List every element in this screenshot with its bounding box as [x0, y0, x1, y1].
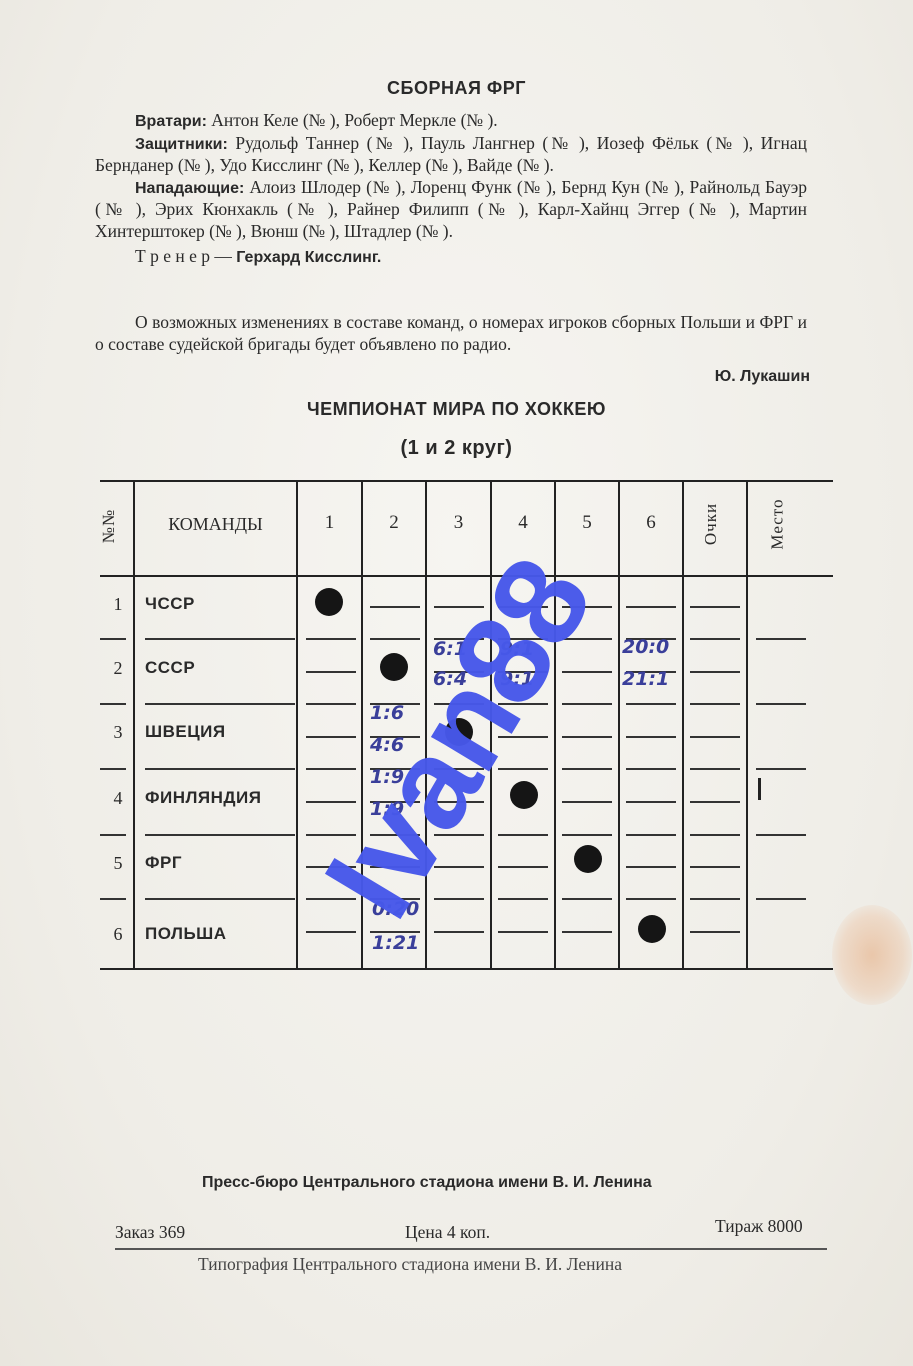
header-col-1: 1 — [298, 512, 361, 534]
goalkeepers-label: Вратари: — [135, 113, 207, 130]
table-top-border — [100, 480, 833, 482]
program-page: СБОРНАЯ ФРГ Вратари: Антон Келе (№ ), Ро… — [0, 0, 913, 1366]
header-teams: КОМАНДЫ — [135, 514, 296, 535]
table-bottom-border — [100, 968, 833, 970]
diagonal-dot-icon — [315, 588, 343, 616]
team-6: ПОЛЬША — [145, 924, 227, 944]
order-number: Заказ 369 — [115, 1222, 185, 1243]
championship-subtitle: (1 и 2 круг) — [0, 437, 913, 460]
row-num-6: 6 — [103, 924, 133, 945]
team-5: ФРГ — [145, 853, 182, 873]
squad-roster: Вратари: Антон Келе (№ ), Роберт Меркле … — [95, 110, 807, 269]
press-bureau: Пресс-бюро Центрального стадиона имени В… — [202, 1174, 652, 1192]
forwards-label: Нападающие: — [135, 180, 244, 197]
col-divider — [296, 482, 298, 970]
header-col-6: 6 — [620, 512, 682, 534]
row-num-3: 3 — [103, 722, 133, 743]
row-num-5: 5 — [103, 853, 133, 874]
team-1: ЧССР — [145, 594, 195, 614]
score-r2c6-top: 20:0 — [622, 636, 669, 658]
goalkeepers-text: Антон Келе (№ ), Роберт Меркле (№ ). — [207, 110, 498, 130]
team-4: ФИНЛЯНДИЯ — [145, 788, 261, 808]
coach-line: Т р е н е р — Герхард Кисслинг. — [95, 246, 807, 269]
header-place: Место — [768, 498, 788, 549]
coach-label: Т р е н е р — — [135, 246, 232, 266]
forwards-line: Нападающие: Алоиз Шлодер (№ ), Лоренц Фу… — [95, 177, 807, 243]
diagonal-dot-icon — [574, 845, 602, 873]
col-divider — [133, 482, 135, 970]
header-points: Очки — [701, 503, 721, 545]
defenders-line: Защитники: Рудольф Таннер (№ ), Пауль Ла… — [95, 133, 807, 177]
row-num-2: 2 — [103, 658, 133, 679]
header-col-4: 4 — [492, 512, 554, 534]
header-col-5: 5 — [556, 512, 618, 534]
col-divider — [618, 482, 620, 970]
score-r2c6-bot: 21:1 — [622, 668, 669, 690]
row-num-4: 4 — [103, 788, 133, 809]
championship-title: ЧЕМПИОНАТ МИРА ПО ХОККЕЮ — [0, 399, 913, 420]
signature: Ю. Лукашин — [715, 368, 810, 386]
footer-divider — [115, 1248, 827, 1250]
header-col-3: 3 — [427, 512, 490, 534]
notice-text: О возможных изменениях в составе команд,… — [95, 312, 807, 355]
goalkeepers-line: Вратари: Антон Келе (№ ), Роберт Меркле … — [95, 110, 807, 133]
price: Цена 4 коп. — [405, 1222, 490, 1243]
header-num: №№ — [99, 509, 119, 543]
team-3: ШВЕЦИЯ — [145, 722, 226, 742]
printer: Типография Центрального стадиона имени В… — [198, 1254, 622, 1275]
defenders-label: Защитники: — [135, 136, 228, 153]
squad-title: СБОРНАЯ ФРГ — [0, 78, 913, 99]
circulation: Тираж 8000 — [715, 1216, 803, 1237]
header-bottom-border — [100, 575, 833, 577]
diagonal-dot-icon — [638, 915, 666, 943]
paper-stain — [832, 905, 912, 1005]
col-divider — [554, 482, 556, 970]
col-divider — [746, 482, 748, 970]
col-divider — [682, 482, 684, 970]
header-col-2: 2 — [363, 512, 425, 534]
coach-name: Герхард Кисслинг. — [232, 249, 382, 266]
pen-mark — [758, 778, 761, 800]
diagonal-dot-icon — [380, 653, 408, 681]
team-2: СССР — [145, 658, 195, 678]
row-num-1: 1 — [103, 594, 133, 615]
